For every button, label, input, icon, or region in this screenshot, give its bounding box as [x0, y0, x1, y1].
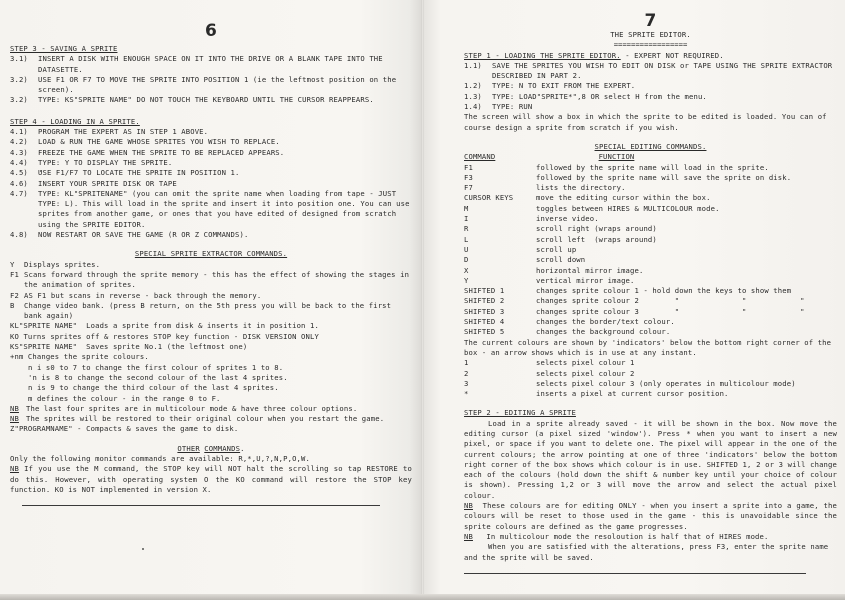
command-function: selects pixel colour 1 — [536, 358, 837, 368]
command-row: 3selects pixel colour 3 (only operates i… — [464, 379, 837, 389]
step-item: 3.1)INSERT A DISK WITH ENOUGH SPACE ON I… — [10, 54, 412, 75]
command-row: Mtoggles between HIRES & MULTICOLOUR mod… — [464, 204, 837, 214]
extractor-heading: SPECIAL SPRITE EXTRACTOR COMMANDS. — [135, 249, 287, 258]
command-function: scroll left (wraps around) — [536, 235, 837, 245]
command-table-header: COMMAND FUNCTION — [464, 152, 837, 162]
editing-commands-heading: SPECIAL EDITING COMMANDS. — [595, 142, 707, 151]
divider — [22, 505, 380, 506]
step-item: 3.2)TYPE: KS"SPRITE NAME" DO NOT TOUCH T… — [10, 95, 412, 105]
command-row: Xhorizontal mirror image. — [464, 266, 837, 276]
command-item: BChange video bank. (press B return, on … — [10, 301, 412, 322]
step1-list: 1.1)SAVE THE SPRITES YOU WISH TO EDIT ON… — [464, 61, 837, 112]
command-key: 1 — [464, 358, 536, 368]
colour-note: n is 9 to change the third colour of the… — [10, 383, 412, 393]
command-item: F2AS F1 but scans in reverse - back thro… — [10, 291, 412, 301]
command-key: F1 — [464, 163, 536, 173]
command-function: vertical mirror image. — [536, 276, 837, 286]
page-7: 7 THE SPRITE EDITOR. ================= S… — [424, 0, 845, 596]
command-row: SHIFTED 1changes sprite colour 1 - hold … — [464, 286, 837, 296]
command-row: 2selects pixel colour 2 — [464, 369, 837, 379]
step-item: 1.3)TYPE: LOAD"SPRITE*",8 OR select H fr… — [464, 92, 837, 102]
command-key: F7 — [464, 183, 536, 193]
command-item: +nm Changes the sprite colours. — [10, 352, 412, 362]
command-key: SHIFTED 5 — [464, 327, 536, 337]
step4-list: 4.1)PROGRAM THE EXPERT AS IN STEP 1 ABOV… — [10, 127, 412, 240]
command-item: YDisplays sprites. — [10, 260, 412, 270]
command-function: changes sprite colour 3 " " " — [536, 307, 837, 317]
command-row: Dscroll down — [464, 255, 837, 265]
step-item: 4.2)LOAD & RUN THE GAME WHOSE SPRITES YO… — [10, 137, 412, 147]
command-key: R — [464, 224, 536, 234]
command-row: 1selects pixel colour 1 — [464, 358, 837, 368]
command-function: selects pixel colour 2 — [536, 369, 837, 379]
command-function: lists the directory. — [536, 183, 837, 193]
col-function: FUNCTION — [599, 152, 635, 161]
command-key: Y — [464, 276, 536, 286]
command-key: F3 — [464, 173, 536, 183]
step-item: 3.2)USE F1 OR F7 TO MOVE THE SPRITE INTO… — [10, 75, 412, 96]
command-row: F1followed by the sprite name will load … — [464, 163, 837, 173]
other-commands-heading: OTHER COMMANDS. — [10, 444, 412, 454]
nb-note: NB In multicolour mode the resoloution i… — [464, 532, 837, 542]
colour-note: m defines the colour - in the range 0 to… — [10, 394, 412, 404]
other-commands-line: Only the following monitor commands are … — [10, 454, 412, 464]
step-item: 1.2)TYPE: N TO EXIT FROM THE EXPERT. — [464, 81, 837, 91]
command-row: SHIFTED 5changes the background colour. — [464, 327, 837, 337]
step2-paragraph: Load in a sprite already saved - it will… — [464, 419, 837, 501]
indicator-note: The current colours are shown by 'indica… — [464, 338, 837, 359]
command-row: Yvertical mirror image. — [464, 276, 837, 286]
col-command: COMMAND — [464, 152, 536, 162]
command-item: F1Scans forward through the sprite memor… — [10, 270, 412, 291]
page-edge-shadow — [0, 594, 845, 600]
step-item: 1.1)SAVE THE SPRITES YOU WISH TO EDIT ON… — [464, 61, 837, 82]
command-function: scroll right (wraps around) — [536, 224, 837, 234]
command-key: SHIFTED 2 — [464, 296, 536, 306]
colour-note: 'n is 8 to change the second colour of t… — [10, 373, 412, 383]
step-item: 4.6)INSERT YOUR SPRITE DISK OR TAPE — [10, 179, 412, 189]
command-key: X — [464, 266, 536, 276]
page-title: THE SPRITE EDITOR. — [464, 30, 837, 40]
command-key: SHIFTED 4 — [464, 317, 536, 327]
step-item: 4.5)USE F1/F7 TO LOCATE THE SPRITE IN PO… — [10, 168, 412, 178]
command-key: CURSOR KEYS — [464, 193, 536, 203]
nb-note: NB These colours are for editing ONLY - … — [464, 501, 837, 532]
command-key: M — [464, 204, 536, 214]
paper-speck — [40, 170, 42, 172]
command-function: inserts a pixel at current cursor positi… — [536, 389, 837, 399]
command-function: horizontal mirror image. — [536, 266, 837, 276]
page-number: 6 — [10, 22, 412, 40]
command-row: SHIFTED 2changes sprite colour 2 " " " — [464, 296, 837, 306]
step3-list: 3.1)INSERT A DISK WITH ENOUGH SPACE ON I… — [10, 54, 412, 105]
step1-heading: STEP 1 - LOADING THE SPRITE EDITOR. - EX… — [464, 51, 837, 61]
step-item: 4.3)FREEZE THE GAME WHEN THE SPRITE TO B… — [10, 148, 412, 158]
step1-after: The screen will show a box in which the … — [464, 112, 837, 133]
command-key: SHIFTED 3 — [464, 307, 536, 317]
command-key: 2 — [464, 369, 536, 379]
colour-note: n i s0 to 7 to change the first colour o… — [10, 363, 412, 373]
command-function: scroll up — [536, 245, 837, 255]
command-function: changes the border/text colour. — [536, 317, 837, 327]
nb-note: NB If you use the M command, the STOP ke… — [10, 464, 412, 495]
command-function: changes sprite colour 2 " " " — [536, 296, 837, 306]
command-row: F3followed by the sprite name will save … — [464, 173, 837, 183]
command-row: *inserts a pixel at current cursor posit… — [464, 389, 837, 399]
command-function: toggles between HIRES & MULTICOLOUR mode… — [536, 204, 837, 214]
step-item: 4.8)NOW RESTART OR SAVE THE GAME (R OR Z… — [10, 230, 412, 240]
command-row: SHIFTED 3changes sprite colour 3 " " " — [464, 307, 837, 317]
nb-note: NBThe sprites will be restored to their … — [10, 414, 412, 424]
command-function: scroll down — [536, 255, 837, 265]
command-row: CURSOR KEYSmove the editing cursor withi… — [464, 193, 837, 203]
command-row: Iinverse video. — [464, 214, 837, 224]
command-row: Lscroll left (wraps around) — [464, 235, 837, 245]
command-function: selects pixel colour 3 (only operates in… — [536, 379, 837, 389]
pixel-command-table: 1selects pixel colour 12selects pixel co… — [464, 358, 837, 399]
manual-spread: 6 STEP 3 - SAVING A SPRITE 3.1)INSERT A … — [0, 0, 845, 600]
command-row: Uscroll up — [464, 245, 837, 255]
step-item: 1.4)TYPE: RUN — [464, 102, 837, 112]
command-item: KO Turns sprites off & restores STOP key… — [10, 332, 412, 342]
command-key: I — [464, 214, 536, 224]
command-key: * — [464, 389, 536, 399]
command-key: U — [464, 245, 536, 255]
page-number: 7 — [464, 12, 837, 30]
step2-heading: STEP 2 - EDITING A SPRITE — [464, 408, 576, 418]
command-row: Rscroll right (wraps around) — [464, 224, 837, 234]
command-function: changes the background colour. — [536, 327, 837, 337]
extractor-commands: YDisplays sprites. F1Scans forward throu… — [10, 260, 412, 435]
step-item: 4.7)TYPE: KL"SPRITENAME" (you can omit t… — [10, 189, 412, 230]
step-item: 4.4)TYPE: Y TO DISPLAY THE SPRITE. — [10, 158, 412, 168]
divider — [464, 573, 806, 574]
step4-heading: STEP 4 - LOADING IN A SPRITE. — [10, 117, 412, 127]
command-function: changes sprite colour 1 - hold down the … — [536, 286, 837, 296]
command-key: 3 — [464, 379, 536, 389]
command-function: followed by the sprite name will save th… — [536, 173, 837, 183]
command-row: F7lists the directory. — [464, 183, 837, 193]
command-key: D — [464, 255, 536, 265]
command-function: inverse video. — [536, 214, 837, 224]
command-row: SHIFTED 4changes the border/text colour. — [464, 317, 837, 327]
step-item: 4.1)PROGRAM THE EXPERT AS IN STEP 1 ABOV… — [10, 127, 412, 137]
command-item: KL"SPRITE NAME" Loads a sprite from disk… — [10, 321, 412, 331]
command-table: F1followed by the sprite name will load … — [464, 163, 837, 338]
z-command: Z"PROGRAMNAME" - Compacts & saves the ga… — [10, 424, 412, 434]
title-underline: ================= — [464, 40, 837, 50]
command-key: L — [464, 235, 536, 245]
command-key: SHIFTED 1 — [464, 286, 536, 296]
final-instruction: When you are satisfied with the alterati… — [464, 542, 837, 563]
nb-note: NBThe last four sprites are in multicolo… — [10, 404, 412, 414]
step3-heading: STEP 3 - SAVING A SPRITE — [10, 44, 412, 54]
paper-speck — [142, 548, 144, 550]
command-item: KS"SPRITE NAME" Saves sprite No.1 (the l… — [10, 342, 412, 352]
command-function: move the editing cursor within the box. — [536, 193, 837, 203]
page-6: 6 STEP 3 - SAVING A SPRITE 3.1)INSERT A … — [0, 0, 422, 596]
command-function: followed by the sprite name will load in… — [536, 163, 837, 173]
